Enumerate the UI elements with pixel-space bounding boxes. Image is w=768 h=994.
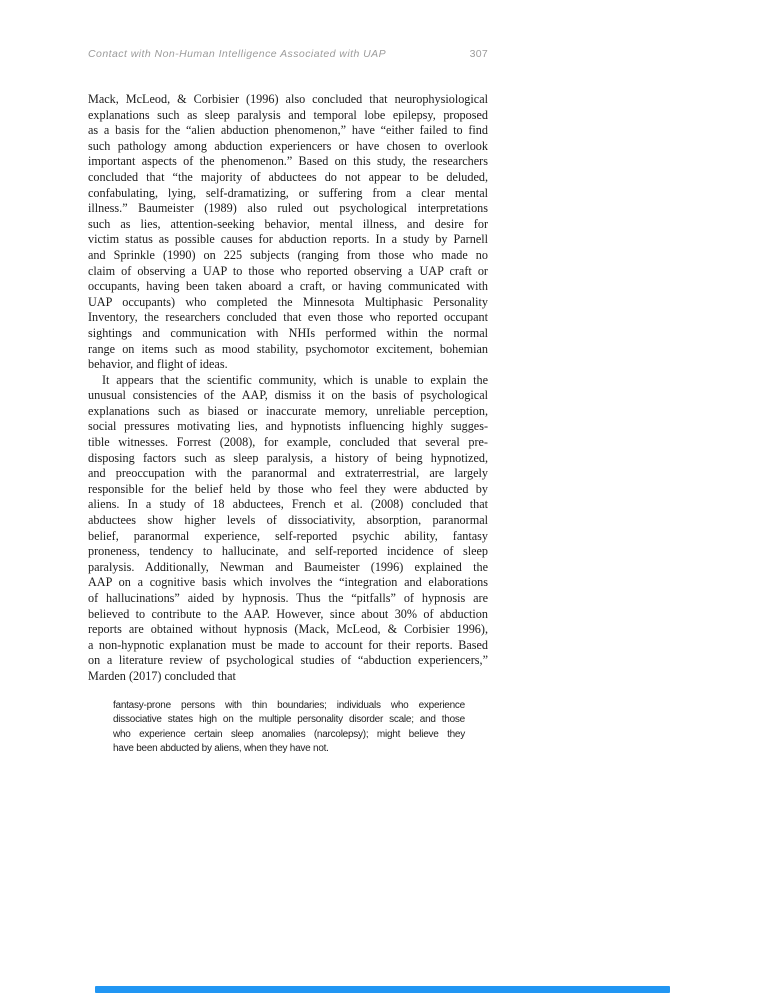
text-line: such pathology among abduction experienc… <box>88 139 488 155</box>
running-header: Contact with Non-Human Intelligence Asso… <box>88 48 488 60</box>
text-line: concluded that “the majority of abductee… <box>88 170 488 186</box>
text-line: claim of observing a UAP to those who re… <box>88 264 488 280</box>
text-line: and Sprinkle (1990) on 225 subjects (ran… <box>88 248 488 264</box>
text-line: abductees show higher levels of dissocia… <box>88 513 488 529</box>
text-line: It appears that the scientific community… <box>88 373 488 389</box>
text-line: important aspects of the phenomenon.” Ba… <box>88 154 488 170</box>
text-line: range on items such as mood stability, p… <box>88 342 488 358</box>
text-line: sightings and communication with NHIs pe… <box>88 326 488 342</box>
text-line: as a basis for the “alien abduction phen… <box>88 123 488 139</box>
text-line: have been abducted by aliens, when they … <box>113 742 465 757</box>
text-line: belief, paranormal experience, self-repo… <box>88 529 488 545</box>
text-line: dissociative states high on the multiple… <box>113 713 465 728</box>
text-line: explanations such as biased or inaccurat… <box>88 404 488 420</box>
text-line: a non-hypnotic explanation must be made … <box>88 638 488 654</box>
text-line: disposing factors such as sleep paralysi… <box>88 451 488 467</box>
text-line: of hallucinations” aided by hypnosis. Th… <box>88 591 488 607</box>
body-text: Mack, McLeod, & Corbisier (1996) also co… <box>88 92 488 757</box>
paragraph-1: Mack, McLeod, & Corbisier (1996) also co… <box>88 92 488 373</box>
book-page: Contact with Non-Human Intelligence Asso… <box>0 0 768 994</box>
text-line: responsible for the belief held by those… <box>88 482 488 498</box>
text-line: tible witnesses. Forrest (2008), for exa… <box>88 435 488 451</box>
text-line: Inventory, the researchers concluded tha… <box>88 310 488 326</box>
block-quote: fantasy-prone persons with thin boundari… <box>113 699 465 757</box>
text-line: social pressures motivating lies, and hy… <box>88 419 488 435</box>
text-line: unusual consistencies of the AAP, dismis… <box>88 388 488 404</box>
text-line: illness.” Baumeister (1989) also ruled o… <box>88 201 488 217</box>
text-line: such as lies, attention-seeking behavior… <box>88 217 488 233</box>
text-line: and preoccupation with the paranormal an… <box>88 466 488 482</box>
text-line: believed to contribute to the AAP. Howev… <box>88 607 488 623</box>
text-line: behavior, and flight of ideas. <box>88 357 488 373</box>
text-line: victim status as possible causes for abd… <box>88 232 488 248</box>
text-line: explanations such as sleep paralysis and… <box>88 108 488 124</box>
text-line: AAP on a cognitive basis which involves … <box>88 575 488 591</box>
reading-progress-bar[interactable] <box>95 986 670 993</box>
text-line: Mack, McLeod, & Corbisier (1996) also co… <box>88 92 488 108</box>
text-line: confabulating, lying, self-dramatizing, … <box>88 186 488 202</box>
page-number: 307 <box>470 48 488 60</box>
text-line: UAP occupants) who completed the Minneso… <box>88 295 488 311</box>
paragraph-2: It appears that the scientific community… <box>88 373 488 685</box>
text-line: who experience certain sleep anomalies (… <box>113 728 465 743</box>
text-line: paralysis. Additionally, Newman and Baum… <box>88 560 488 576</box>
text-line: proneness, tendency to hallucinate, and … <box>88 544 488 560</box>
text-line: fantasy-prone persons with thin boundari… <box>113 699 465 714</box>
text-line: reports are obtained without hypnosis (M… <box>88 622 488 638</box>
running-header-title: Contact with Non-Human Intelligence Asso… <box>88 48 386 60</box>
text-line: on a literature review of psychological … <box>88 653 488 669</box>
text-line: aliens. In a study of 18 abductees, Fren… <box>88 497 488 513</box>
text-line: Marden (2017) concluded that <box>88 669 488 685</box>
text-line: occupants, having been taken aboard a cr… <box>88 279 488 295</box>
